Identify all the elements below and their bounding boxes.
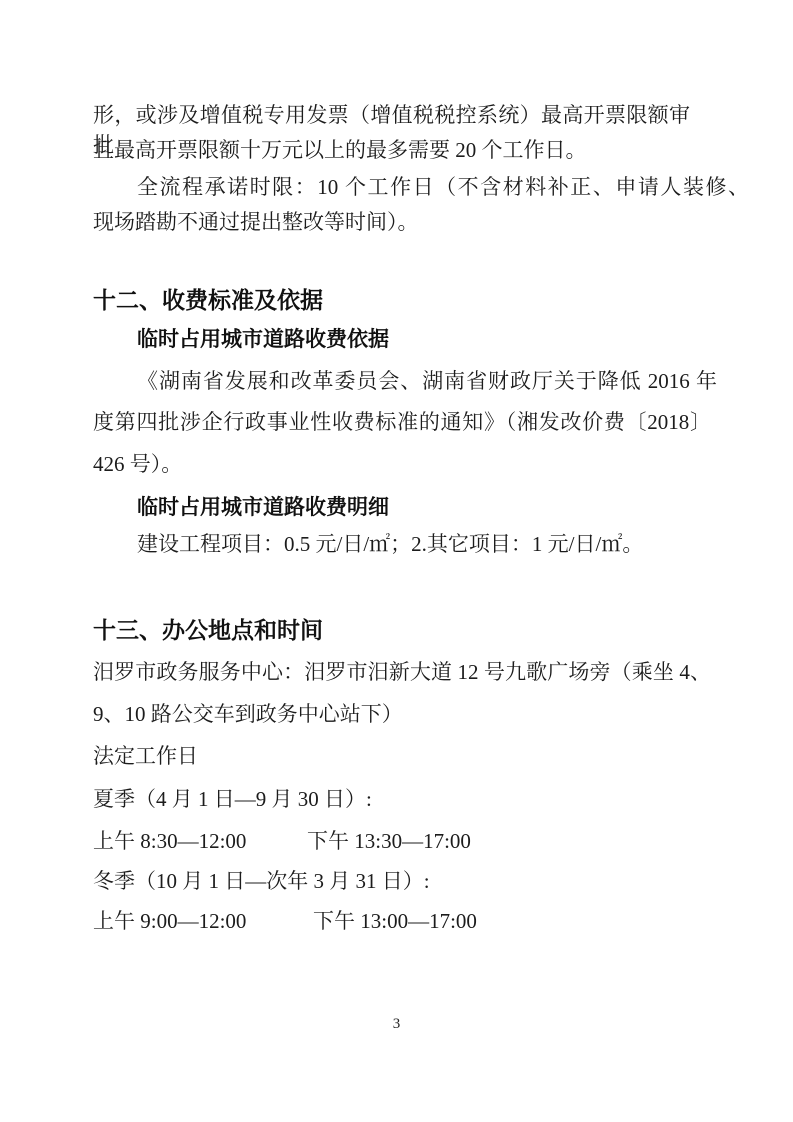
document-page: 形，或涉及增值税专用发票（增值税税控系统）最高开票限额审批 且最高开票限额十万元…	[0, 0, 793, 1122]
summer-afternoon-hours: 下午 13:30—17:00	[307, 829, 471, 853]
winter-morning-hours: 上午 9:00—12:00	[93, 906, 313, 936]
section-12-heading: 十二、收费标准及依据	[93, 284, 323, 316]
fee-basis-subheading: 临时占用城市道路收费依据	[137, 324, 389, 354]
page-number: 3	[0, 1016, 793, 1033]
fee-basis-paragraph-line-1: 《湖南省发展和改革委员会、湖南省财政厅关于降低 2016 年	[137, 366, 717, 396]
section-13-heading: 十三、办公地点和时间	[93, 614, 323, 646]
fee-basis-paragraph-line-3: 426 号）。	[93, 449, 182, 479]
summer-hours-row: 上午 8:30—12:00下午 13:30—17:00	[93, 826, 471, 856]
summer-morning-hours: 上午 8:30—12:00	[93, 826, 307, 856]
promise-time-paragraph-line-2: 现场踏勘不通过提出整改等时间）。	[93, 207, 419, 237]
promise-time-paragraph-line-1: 全流程承诺时限：10 个工作日（不含材料补正、申请人装修、	[137, 172, 749, 202]
fee-detail-subheading: 临时占用城市道路收费明细	[137, 492, 389, 522]
fee-detail-paragraph: 建设工程项目：0.5 元/日/㎡；2.其它项目：1 元/日/㎡。	[137, 529, 643, 559]
workdays-text: 法定工作日	[93, 741, 198, 771]
winter-afternoon-hours: 下午 13:00—17:00	[313, 909, 477, 933]
address-line-2: 9、10 路公交车到政务中心站下）	[93, 699, 403, 729]
continuation-paragraph-line-2: 且最高开票限额十万元以上的最多需要 20 个工作日。	[93, 135, 587, 165]
winter-hours-row: 上午 9:00—12:00下午 13:00—17:00	[93, 906, 477, 936]
fee-basis-paragraph-line-2: 度第四批涉企行政事业性收费标准的通知》（湘发改价费〔2018〕	[93, 407, 711, 437]
summer-schedule-label: 夏季（4 月 1 日—9 月 30 日）:	[93, 784, 372, 814]
winter-schedule-label: 冬季（10 月 1 日—次年 3 月 31 日）:	[93, 866, 430, 896]
address-line-1: 汨罗市政务服务中心：汨罗市汨新大道 12 号九歌广场旁（乘坐 4、	[93, 657, 711, 687]
